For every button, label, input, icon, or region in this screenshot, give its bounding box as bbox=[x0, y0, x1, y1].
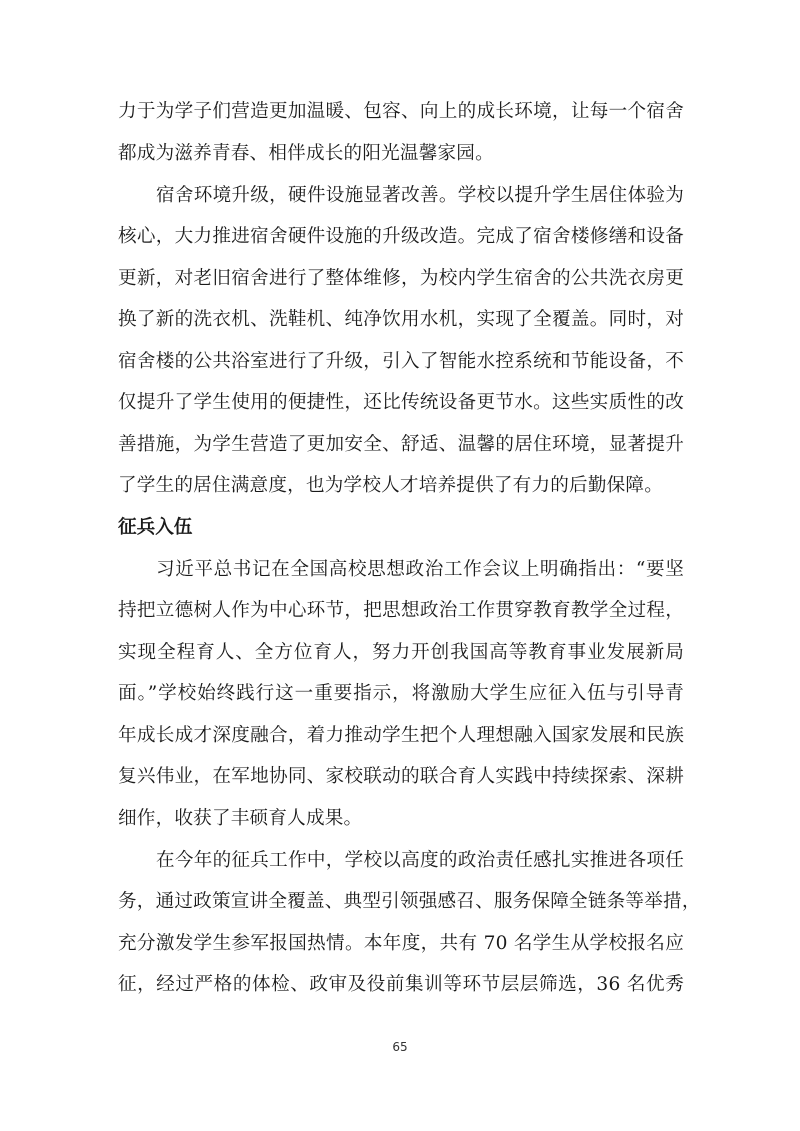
text-line: 持把立德树人作为中心环节，把思想政治工作贯穿教育教学全过程， bbox=[118, 596, 684, 626]
text-line: 换了新的洗衣机、洗鞋机、纯净饮用水机，实现了全覆盖。同时，对 bbox=[118, 305, 684, 335]
text-line: 仅提升了学生使用的便捷性，还比传统设备更节水。这些实质性的改 bbox=[118, 388, 684, 418]
text-line: 了学生的居住满意度，也为学校人才培养提供了有力的后勤保障。 bbox=[118, 471, 684, 501]
text-line: 实现全程育人、全方位育人，努力开创我国高等教育事业发展新局 bbox=[118, 638, 684, 668]
text-line: 细作，收获了丰硕育人成果。 bbox=[118, 804, 684, 834]
section-heading: 征兵入伍 bbox=[118, 513, 192, 543]
text-line: 务，通过政策宣讲全覆盖、典型引领强感召、服务保障全链条等举措， bbox=[118, 887, 684, 917]
page-number: 65 bbox=[0, 1040, 800, 1054]
text-line: 核心，大力推进宿舍硬件设施的升级改造。完成了宿舍楼修缮和设备 bbox=[118, 222, 684, 252]
text-line: 面。”学校始终践行这一重要指示，将激励大学生应征入伍与引导青 bbox=[118, 679, 684, 709]
text-line: 宿舍环境升级，硬件设施显著改善。学校以提升学生居住体验为 bbox=[156, 181, 684, 211]
document-page: 力于为学子们营造更加温暖、包容、向上的成长环境，让每一个宿舍 都成为滋养青春、相… bbox=[0, 0, 800, 1131]
text-line: 都成为滋养青春、相伴成长的阳光温馨家园。 bbox=[118, 139, 684, 169]
text-line: 年成长成才深度融合，着力推动学生把个人理想融入国家发展和民族 bbox=[118, 721, 684, 751]
text-line: 充分激发学生参军报国热情。本年度，共有 70 名学生从学校报名应 bbox=[118, 929, 684, 959]
text-line: 习近平总书记在全国高校思想政治工作会议上明确指出：“要坚 bbox=[156, 555, 684, 585]
text-line: 征，经过严格的体检、政审及役前集训等环节层层筛选，36 名优秀 bbox=[118, 970, 684, 1000]
text-line: 宿舍楼的公共浴室进行了升级，引入了智能水控系统和节能设备，不 bbox=[118, 347, 684, 377]
text-line: 复兴伟业，在军地协同、家校联动的联合育人实践中持续探索、深耕 bbox=[118, 762, 684, 792]
text-line: 善措施，为学生营造了更加安全、舒适、温馨的居住环境，显著提升 bbox=[118, 430, 684, 460]
text-line: 更新，对老旧宿舍进行了整体维修，为校内学生宿舍的公共洗衣房更 bbox=[118, 264, 684, 294]
text-line: 力于为学子们营造更加温暖、包容、向上的成长环境，让每一个宿舍 bbox=[118, 97, 684, 127]
text-line: 在今年的征兵工作中，学校以高度的政治责任感扎实推进各项任 bbox=[156, 846, 684, 876]
